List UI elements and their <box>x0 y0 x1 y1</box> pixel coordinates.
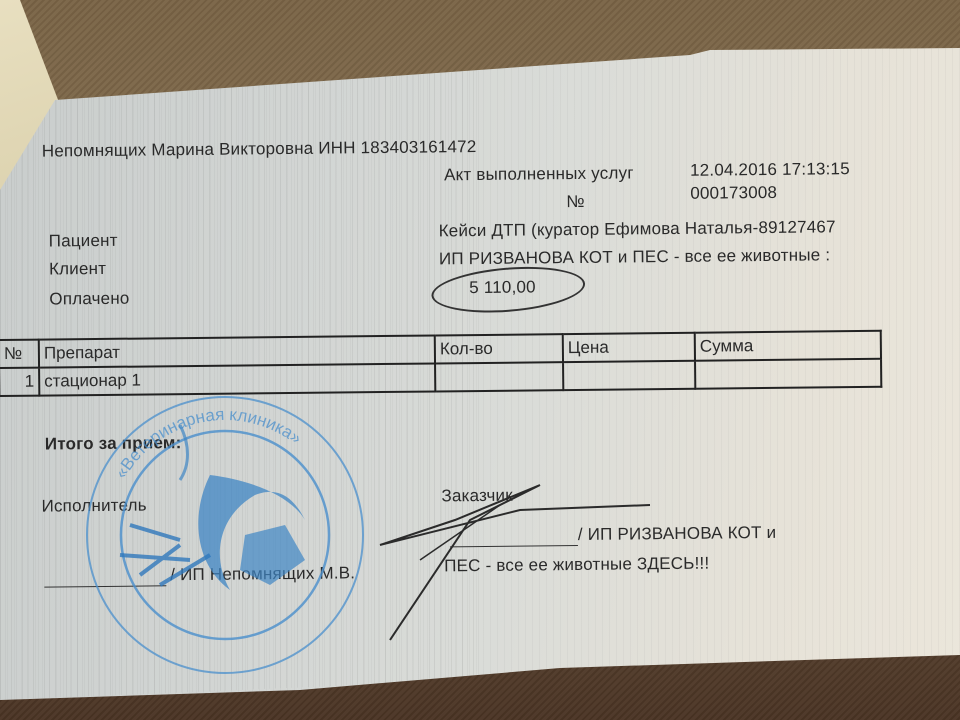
document-title: Акт выполненных услуг <box>444 163 634 185</box>
row-number: 1 <box>0 368 39 396</box>
customer-signature-line <box>450 545 578 547</box>
total-label: Итого за прием: <box>45 433 182 454</box>
patient-label: Пациент <box>49 231 118 252</box>
paid-label: Оплачено <box>49 289 129 310</box>
customer-name-line1: / ИП РИЗВАНОВА КОТ и <box>578 523 777 545</box>
row-price <box>563 361 695 390</box>
row-item: стационар 1 <box>39 363 435 395</box>
executor-name: / ИП Непомнящих М.В. <box>170 563 355 585</box>
patient-value: Кейси ДТП (куратор Ефимова Наталья-89127… <box>439 217 836 241</box>
number-label: № <box>566 192 585 212</box>
executor-label: Исполнитель <box>41 495 146 516</box>
client-value: ИП РИЗВАНОВА КОТ и ПЕС - все ее животные… <box>439 245 830 269</box>
col-sum: Сумма <box>695 331 881 361</box>
client-label: Клиент <box>49 259 106 280</box>
col-item: Препарат <box>39 335 435 367</box>
col-quantity: Кол-во <box>435 334 563 363</box>
executor-signature-line <box>44 585 166 587</box>
col-price: Цена <box>563 333 695 362</box>
customer-label: Заказчик <box>441 486 513 507</box>
row-sum <box>695 359 881 389</box>
document-number: 000173008 <box>690 183 777 204</box>
issuer-line: Непомнящих Марина Викторовна ИНН 1834031… <box>42 137 477 162</box>
document-datetime: 12.04.2016 17:13:15 <box>690 159 850 181</box>
customer-name-line2: ПЕС - все ее животные ЗДЕСЬ!!! <box>444 554 709 577</box>
service-act-document: Непомнящих Марина Викторовна ИНН 1834031… <box>0 0 960 720</box>
hand-drawn-circle <box>430 262 587 318</box>
row-quantity <box>435 362 563 391</box>
col-number: № <box>0 340 39 368</box>
items-table: № Препарат Кол-во Цена Сумма 1 стационар… <box>0 330 882 397</box>
